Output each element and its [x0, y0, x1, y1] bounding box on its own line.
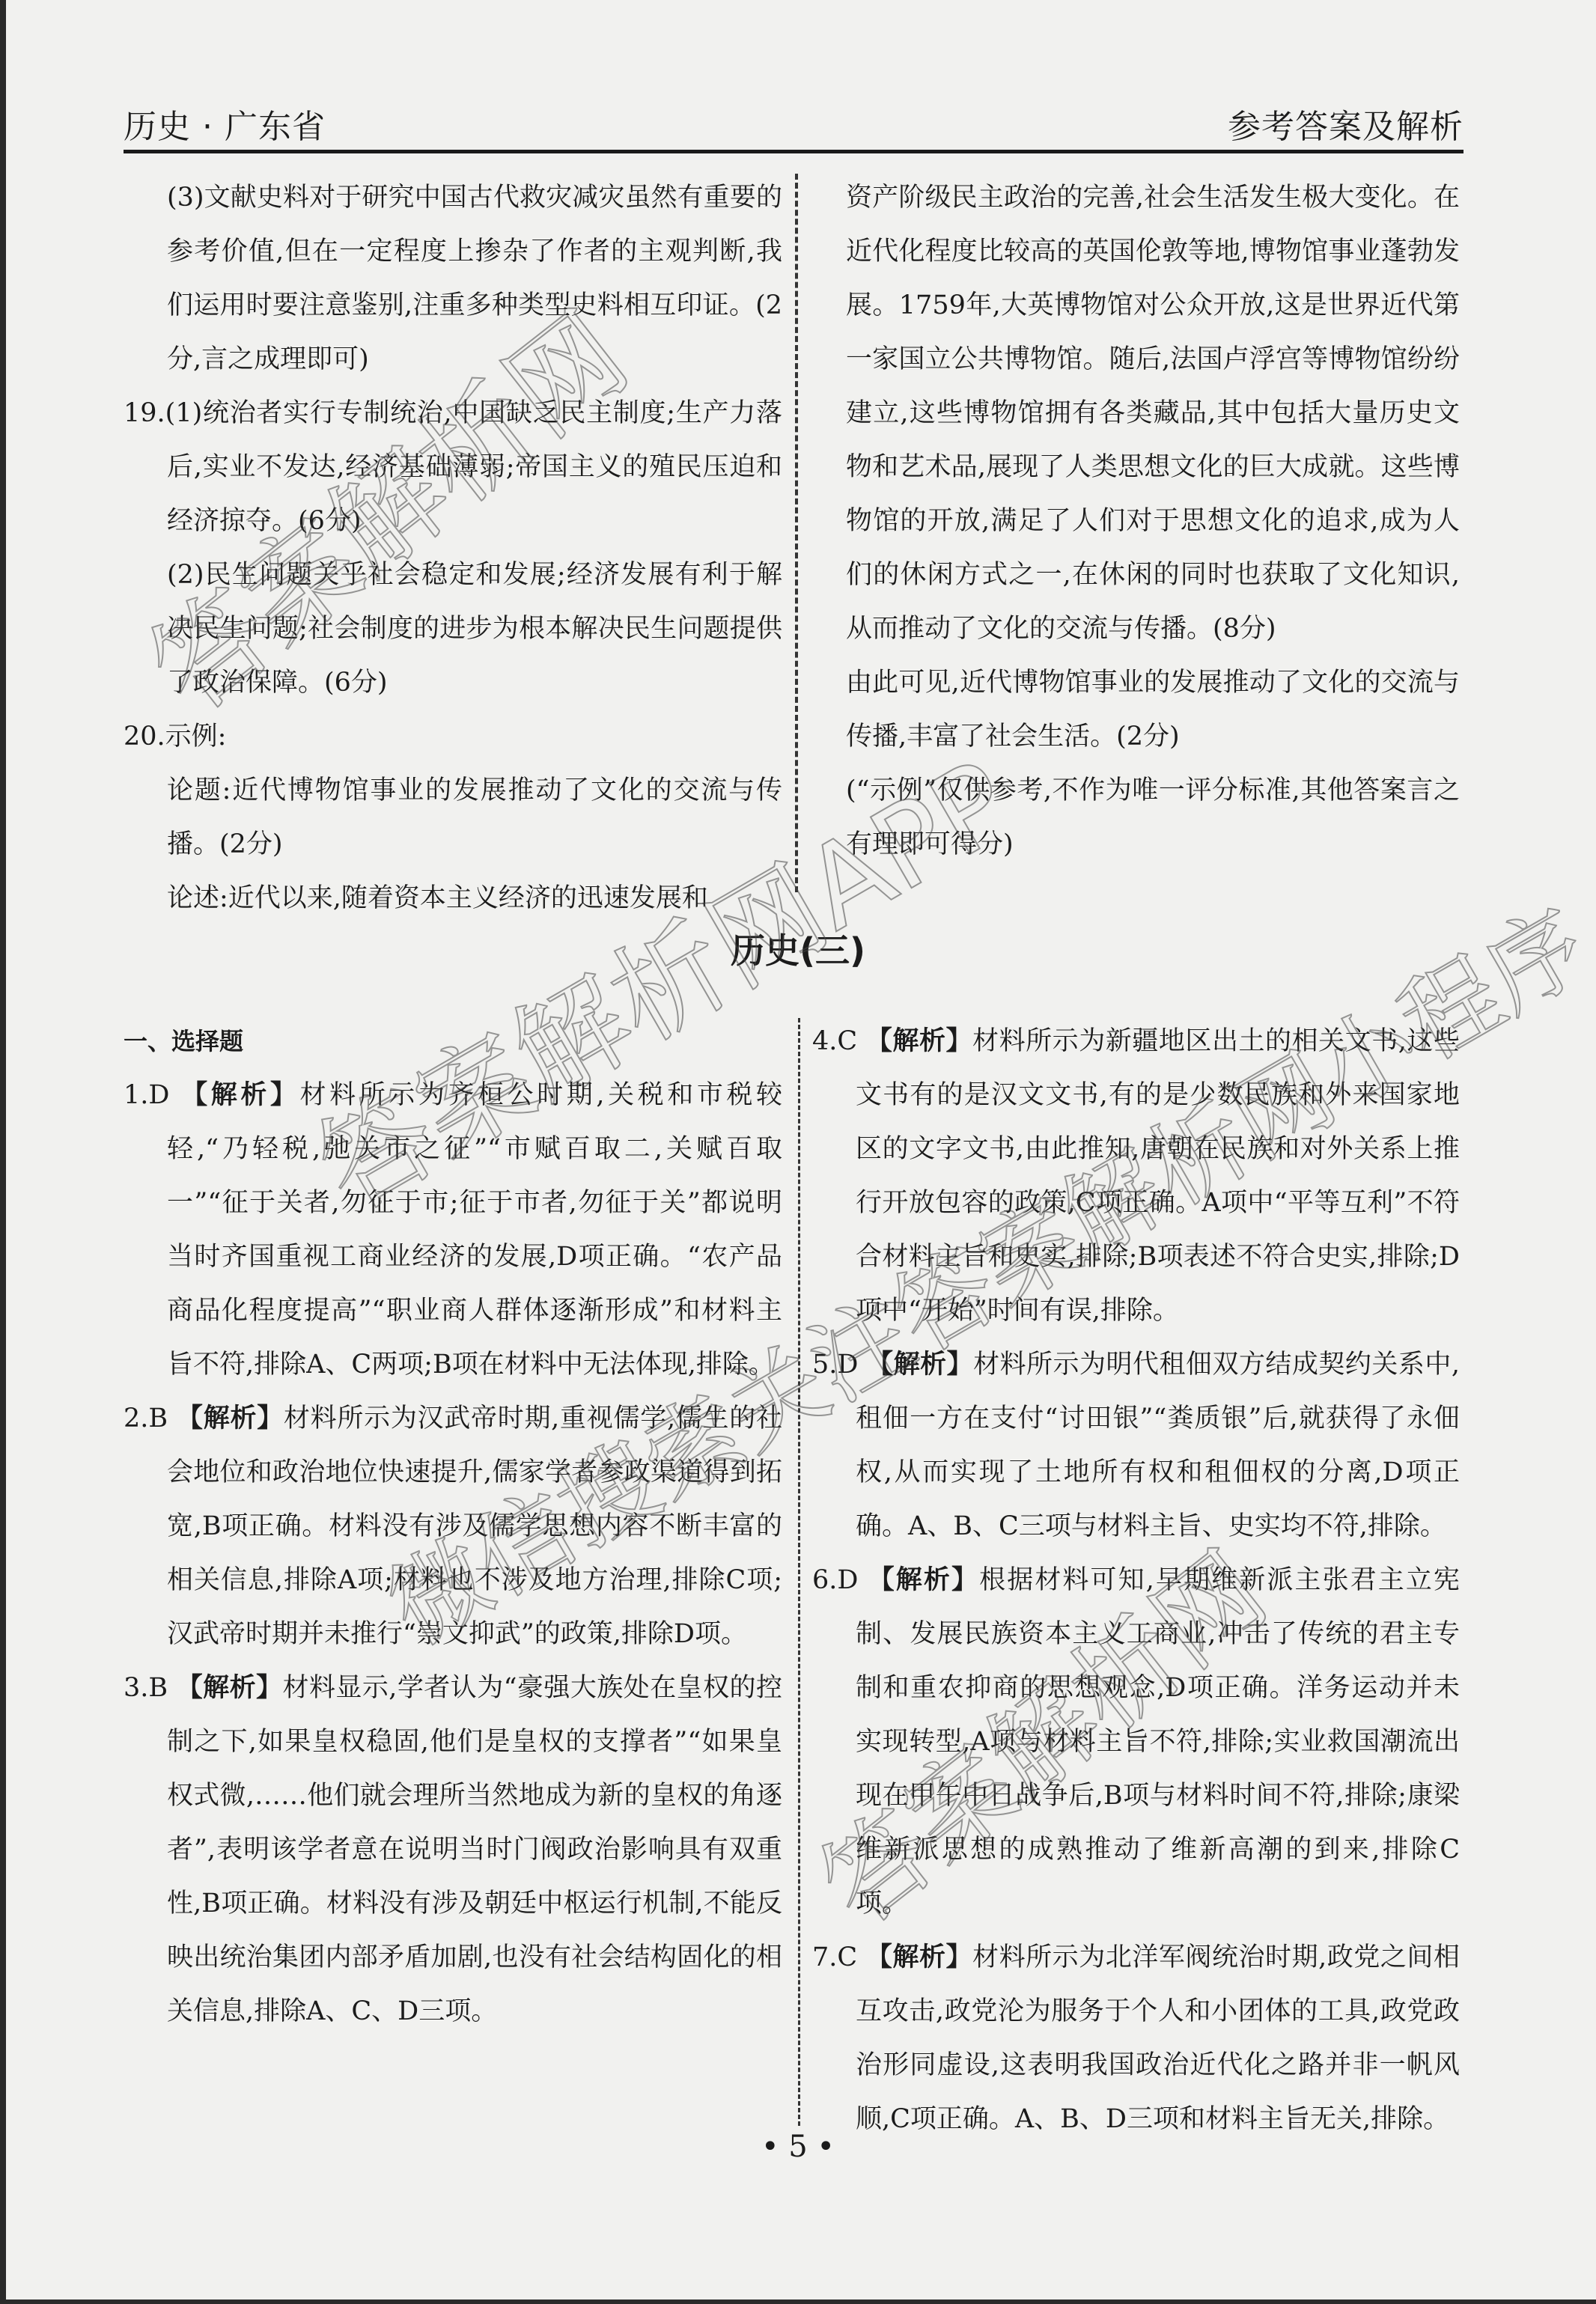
analysis-tag: 【解析】: [867, 1350, 973, 1380]
analysis-tag: 【解析】: [181, 1080, 299, 1110]
answer-number: 3.B: [124, 1673, 168, 1703]
answer-number: 1.D: [124, 1080, 169, 1110]
answer-item: 3.B 【解析】材料显示,学者认为“豪强大族处在皇权的控制之下,如果皇权稳固,他…: [124, 1661, 782, 2038]
answer-number: 6.D: [812, 1565, 858, 1595]
answer-text: 材料所示为齐桓公时期,关税和市税较轻,“乃轻税,弛关市之征”“市赋百取二,关赋百…: [167, 1080, 782, 1380]
answer-20-thesis: 论题:近代博物馆事业的发展推动了文化的交流与传播。(2分): [124, 764, 782, 871]
subheading-choice: 一、选择题: [124, 1014, 782, 1068]
answer-number: 7.C: [812, 1942, 857, 1972]
column-divider: [798, 1018, 800, 2126]
answer-item: 6.D 【解析】根据材料可知,早期维新派主张君主立宪制、发展民族资本主义工商业,…: [812, 1553, 1460, 1930]
page-number: • 5 •: [0, 2124, 1596, 2169]
analysis-tag: 【解析】: [177, 1673, 283, 1703]
header-title: 参考答案及解析: [1228, 105, 1463, 150]
top-left-column: (3)文献史料对于研究中国古代救灾减灾虽然有重要的参考价值,但在一定程度上掺杂了…: [124, 171, 782, 925]
answer-number: 2.B: [124, 1404, 168, 1433]
answer-number: 4.C: [812, 1026, 857, 1056]
top-right-column: 资产阶级民主政治的完善,社会生活发生极大变化。在近代化程度比较高的英国伦敦等地,…: [846, 171, 1460, 871]
analysis-tag: 【解析】: [177, 1404, 284, 1433]
header-subject: 历史 · 广东省: [124, 105, 326, 150]
bottom-right-column: 4.C 【解析】材料所示为新疆地区出土的相关文书,这些文书有的是汉文文书,有的是…: [812, 1014, 1460, 2146]
answer-item: 2.B 【解析】材料所示为汉武帝时期,重视儒学,儒生的社会地位和政治地位快速提升…: [124, 1392, 782, 1661]
answer-number: 5.D: [812, 1350, 858, 1380]
answer-item: 5.D 【解析】材料所示为明代租佃双方结成契约关系中,租佃一方在支付“讨田银”“…: [812, 1338, 1460, 1553]
column-divider: [795, 174, 798, 892]
answer-text: 材料所示为汉武帝时期,重视儒学,儒生的社会地位和政治地位快速提升,儒家学者参政渠…: [167, 1404, 782, 1649]
analysis-tag: 【解析】: [868, 1565, 979, 1595]
answer-item: 4.C 【解析】材料所示为新疆地区出土的相关文书,这些文书有的是汉文文书,有的是…: [812, 1014, 1460, 1338]
scan-edge-left: [0, 0, 6, 2304]
bottom-left-column: 一、选择题 1.D 【解析】材料所示为齐桓公时期,关税和市税较轻,“乃轻税,弛关…: [124, 1014, 782, 2038]
answer-18-3: (3)文献史料对于研究中国古代救灾减灾虽然有重要的参考价值,但在一定程度上掺杂了…: [124, 171, 782, 386]
answer-text: 材料显示,学者认为“豪强大族处在皇权的控制之下,如果皇权稳固,他们是皇权的支撑者…: [167, 1673, 782, 2026]
answer-19-2: (2)民生问题关乎社会稳定和发展;经济发展有利于解决民生问题;社会制度的进步为根…: [124, 548, 782, 710]
analysis-tag: 【解析】: [866, 1026, 972, 1056]
section-title: 历史(三): [0, 928, 1596, 973]
answer-19-1: 19.(1)统治者实行专制统治,中国缺乏民主制度;生产力落后,实业不发达,经济基…: [124, 386, 782, 548]
answer-20-label: 20.示例:: [124, 710, 782, 764]
answer-text: 根据材料可知,早期维新派主张君主立宪制、发展民族资本主义工商业,冲击了传统的君主…: [856, 1565, 1460, 1919]
answer-20-note: (“示例”仅供参考,不作为唯一评分标准,其他答案言之有理即可得分): [846, 764, 1460, 871]
answer-20-argument-start: 论述:近代以来,随着资本主义经济的迅速发展和: [124, 871, 782, 925]
answer-item: 7.C 【解析】材料所示为北洋军阀统治时期,政党之间相互攻击,政党沦为服务于个人…: [812, 1930, 1460, 2146]
header-rule: [124, 150, 1463, 153]
answer-item: 1.D 【解析】材料所示为齐桓公时期,关税和市税较轻,“乃轻税,弛关市之征”“市…: [124, 1068, 782, 1392]
analysis-tag: 【解析】: [866, 1942, 972, 1972]
answer-text: 材料所示为新疆地区出土的相关文书,这些文书有的是汉文文书,有的是少数民族和外来国…: [856, 1026, 1460, 1326]
answer-20-argument-cont: 资产阶级民主政治的完善,社会生活发生极大变化。在近代化程度比较高的英国伦敦等地,…: [846, 171, 1460, 656]
answer-20-conclusion: 由此可见,近代博物馆事业的发展推动了文化的交流与传播,丰富了社会生活。(2分): [846, 656, 1460, 764]
scan-edge-bottom: [0, 2300, 1596, 2304]
